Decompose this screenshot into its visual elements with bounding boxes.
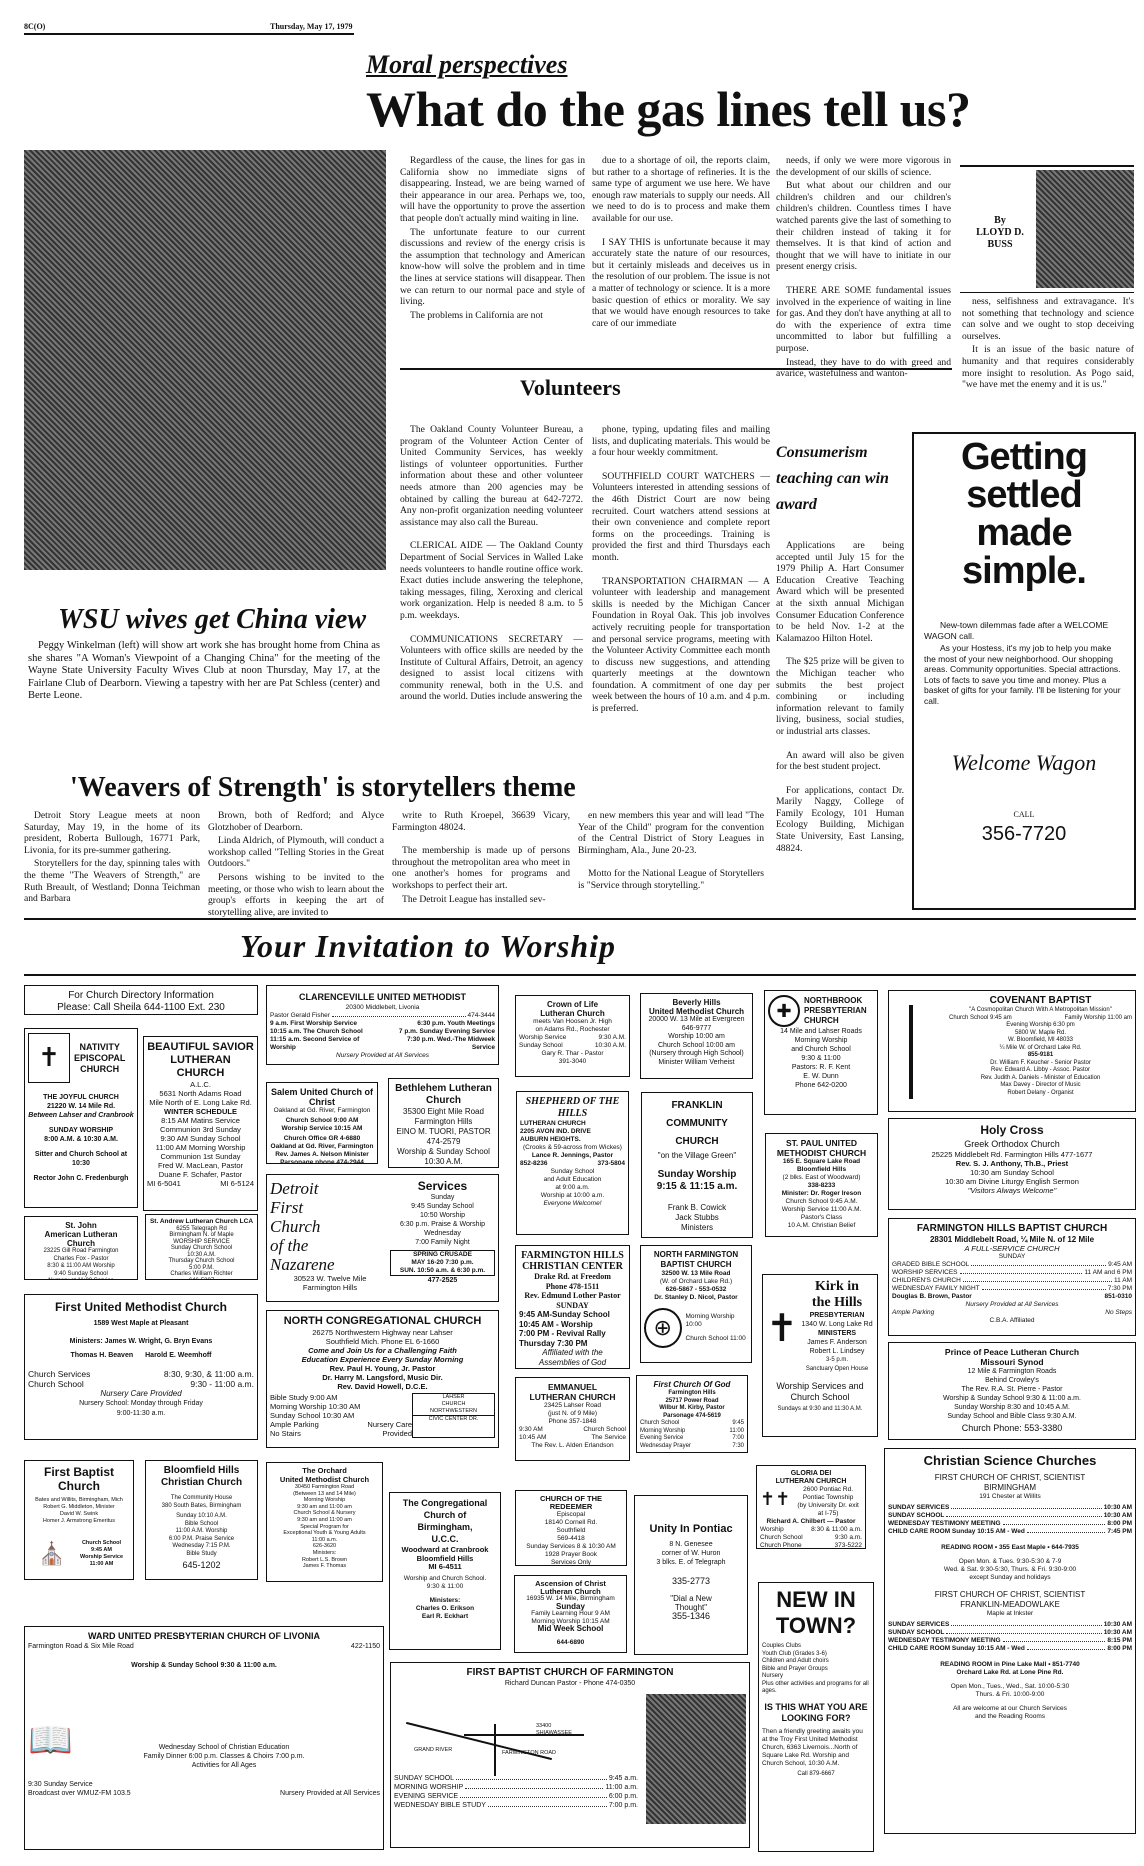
moral-col-3: needs, if only we were more vigorous in … xyxy=(776,155,951,380)
ad-phone: 356-7720 xyxy=(914,823,1134,846)
moral-col-4: ness, selfishness and extravagance. It's… xyxy=(962,296,1134,391)
moral-col-1: Regardless of the cause, the lines for g… xyxy=(400,155,585,321)
farmington-hills-baptist-church: FARMINGTON HILLS BAPTIST CHURCH 28301 Mi… xyxy=(888,1218,1136,1336)
holy-cross-church: Holy Cross Greek Orthodox Church 25225 M… xyxy=(888,1118,1136,1210)
globe-cross-icon: ⊕ xyxy=(644,1308,682,1348)
moral-col-2: due to a shortage of oil, the reports cl… xyxy=(592,155,770,329)
first-church-of-god: First Church Of God Farmington Hills2571… xyxy=(636,1375,748,1453)
welcome-wagon-ad: Getting settled made simple. New-town di… xyxy=(912,432,1136,910)
shepherd-of-the-hills-church: SHEPHERD OF THE HILLS LUTHERAN CHURCH220… xyxy=(516,1091,629,1235)
church-map: 33400 SHIAWASSEE GRAND RIVER FARMINGTON … xyxy=(394,1694,638,1774)
bible-icon: 📖 xyxy=(28,1710,68,1770)
emmanuel-lutheran-church: EMMANUELLUTHERAN CHURCH 23425 Lahser Roa… xyxy=(515,1377,630,1461)
ward-presbyterian-church: WARD UNITED PRESBYTERIAN CHURCH OF LIVON… xyxy=(24,1626,384,1850)
moral-headline: What do the gas lines tell us? xyxy=(366,80,971,138)
church-of-the-redeemer: CHURCH OF THE REDEEMER Episcopal18140 Co… xyxy=(515,1490,627,1566)
bethlehem-church: Bethlehem Lutheran Church 35300 Eight Mi… xyxy=(388,1078,499,1168)
ascension-lutheran-church: Ascension of ChristLutheran Church 16935… xyxy=(514,1575,627,1653)
byline: By LLOYD D. BUSS xyxy=(970,215,1030,251)
nativity-church: ✝ NATIVITYEPISCOPALCHURCH THE JOYFUL CHU… xyxy=(24,1028,138,1208)
consumerism-body: Applications are being accepted until Ju… xyxy=(776,540,904,854)
crown-of-life-church: Crown of LifeLutheran Church meets Van H… xyxy=(515,995,630,1077)
prince-of-peace-church: Prince of Peace Lutheran ChurchMissouri … xyxy=(888,1342,1136,1440)
bloomfield-hills-christian-church: Bloomfield Hills Christian Church The Co… xyxy=(145,1460,258,1580)
unity-in-pontiac: Unity In Pontiac 8 N. Geneseecorner of W… xyxy=(634,1495,748,1655)
north-farmington-baptist-church: NORTH FARMINGTONBAPTIST CHURCH 32500 W. … xyxy=(640,1245,752,1363)
worship-banner: Your Invitation to Worship xyxy=(240,928,616,965)
gloria-dei-church: GLORIA DEILUTHERAN CHURCH ✝✝2600 Pontiac… xyxy=(756,1465,866,1549)
kicker: Moral perspectives xyxy=(366,50,567,80)
crosses-icon: ✝✝ xyxy=(760,1486,790,1518)
nazarene-church: DetroitFirstChurchof theNazarene 30523 W… xyxy=(266,1174,499,1302)
pastor-photo xyxy=(646,1694,746,1824)
first-united-methodist-church: First United Methodist Church 1589 West … xyxy=(24,1294,258,1440)
wsu-caption: Peggy Winkelman (left) will show art wor… xyxy=(28,640,380,703)
beverly-hills-church: Beverly HillsUnited Methodist Church 200… xyxy=(640,993,753,1079)
weavers-headline: 'Weavers of Strength' is storytellers th… xyxy=(70,772,576,804)
celtic-cross-icon: ✝ xyxy=(766,1279,796,1379)
st-andrew-church: St. Andrew Lutheran Church LCA 6255 Tele… xyxy=(145,1214,258,1280)
farmington-hills-christian-center: FARMINGTON HILLSCHRISTIAN CENTER Drake R… xyxy=(515,1245,630,1369)
welcome-wagon-logo: Welcome Wagon xyxy=(914,750,1134,776)
ad-headline: Getting settled made simple. xyxy=(934,438,1114,590)
cross-icon: ✝ xyxy=(28,1033,70,1083)
clarenceville-church: CLARENCEVILLE UNITED METHODIST 20300 Mid… xyxy=(266,985,499,1065)
church-building-icon: ⛪ xyxy=(28,1539,76,1569)
volunteers-headline: Volunteers xyxy=(520,375,621,401)
church-map: LAHSERCHURCHNORTHWESTERNCIVIC CENTER DR. xyxy=(412,1393,495,1438)
st-paul-church: ST. PAUL UNITED METHODIST CHURCH 165 E. … xyxy=(765,1133,878,1237)
author-photo xyxy=(1036,170,1134,288)
steeple-icon xyxy=(909,1005,913,1099)
consumerism-headline: Consumerism teaching can win award xyxy=(776,440,906,518)
new-in-town-ad: NEW INTOWN? Couples ClubsYouth Club (Gra… xyxy=(758,1582,874,1852)
congregational-church-birmingham: The CongregationalChurch ofBirmingham,U.… xyxy=(389,1492,501,1650)
wsu-photo xyxy=(24,150,386,570)
header-rule xyxy=(24,33,354,35)
volunteers-col-2: phone, typing, updating files and mailin… xyxy=(592,424,770,715)
first-baptist-farmington-church: FIRST BAPTIST CHURCH OF FARMINGTON Richa… xyxy=(390,1662,750,1848)
christian-science-churches: Christian Science Churches FIRST CHURCH … xyxy=(884,1448,1136,1834)
covenant-baptist-church: COVENANT BAPTIST "A Cosmopolitan Church … xyxy=(888,990,1136,1112)
first-baptist-church: First Baptist Church Bates and Willits, … xyxy=(24,1460,134,1580)
volunteers-col-1: The Oakland County Volunteer Bureau, a p… xyxy=(400,424,583,703)
cross-circle-icon: ✚ xyxy=(768,995,800,1027)
directory-info: For Church Directory Information Please:… xyxy=(24,985,258,1015)
orchard-methodist-church: The OrchardUnited Methodist Church 30450… xyxy=(266,1462,383,1582)
franklin-community-church: FRANKLINCOMMUNITYCHURCH "on the Village … xyxy=(641,1092,753,1238)
st-john-church: St. JohnAmerican LutheranChurch 23225 Gi… xyxy=(24,1216,138,1280)
beautiful-savior-church: BEAUTIFUL SAVIOR LUTHERAN CHURCH A.L.C.5… xyxy=(143,1036,258,1211)
page-number: 8C(O) xyxy=(24,22,45,31)
northbrook-church: ✚ NORTHBROOKPRESBYTERIANCHURCH 14 Mile a… xyxy=(764,990,878,1115)
wsu-headline: WSU wives get China view xyxy=(58,604,366,636)
salem-church: Salem United Church of Christ Oakland at… xyxy=(266,1082,378,1164)
kirk-in-the-hills-church: ✝ Kirk inthe Hills PRESBYTERIAN1340 W. L… xyxy=(762,1274,878,1437)
north-congregational-church: NORTH CONGREGATIONAL CHURCH 26275 Northw… xyxy=(266,1310,499,1448)
page-date: Thursday, May 17, 1979 xyxy=(270,22,352,31)
